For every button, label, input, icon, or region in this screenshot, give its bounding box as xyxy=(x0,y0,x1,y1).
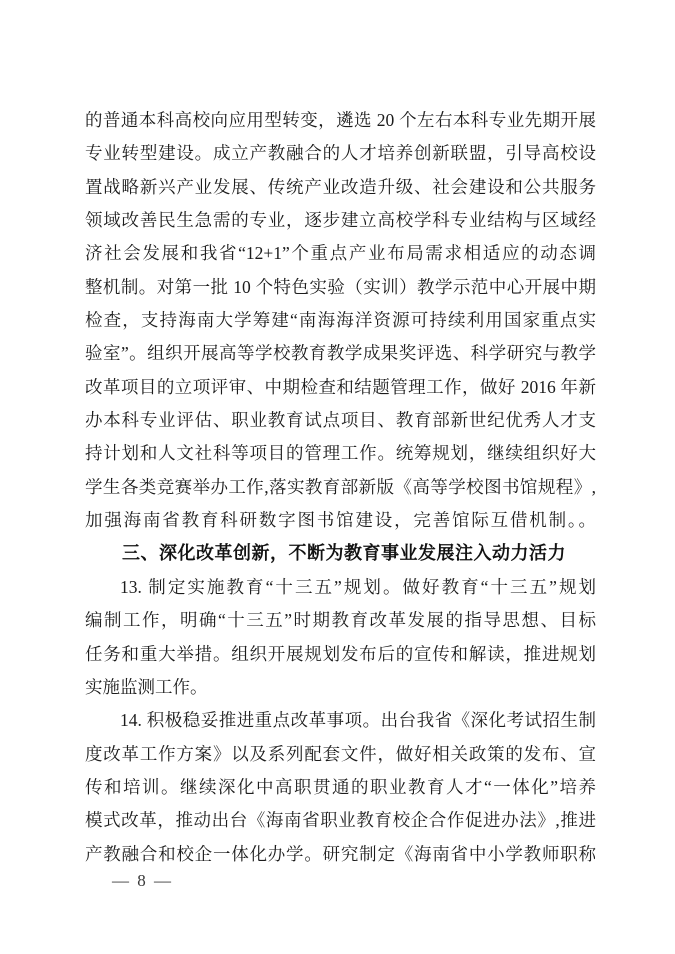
body-text-line: 度改革工作方案》以及系列配套文件，做好相关政策的发布、宣 xyxy=(85,738,596,771)
body-text-line: 置战略新兴产业发展、传统产业改造升级、社会建设和公共服务 xyxy=(85,171,596,204)
body-text-line: 编制工作，明确“十三五”时期教育改革发展的指导思想、目标 xyxy=(85,604,596,637)
body-text-line: 专业转型建设。成立产教融合的人才培养创新联盟，引导高校设 xyxy=(85,137,596,170)
body-text-line: 检查，支持海南大学筹建“南海海洋资源可持续利用国家重点实 xyxy=(85,304,596,337)
body-text-line: 学生各类竞赛举办工作,落实教育部新版《高等学校图书馆规程》, xyxy=(85,471,596,504)
page-number: — 8 — xyxy=(112,870,173,892)
body-text-line: 14. 积极稳妥推进重点改革事项。出台我省《深化考试招生制 xyxy=(85,704,596,737)
body-text-line: 办本科专业评估、职业教育试点项目、教育部新世纪优秀人才支 xyxy=(85,404,596,437)
body-text-line: 加强海南省教育科研数字图书馆建设，完善馆际互借机制。。 xyxy=(85,504,596,537)
body-text-line: 持计划和人文社科等项目的管理工作。统筹规划，继续组织好大 xyxy=(85,437,596,470)
body-text-line: 任务和重大举措。组织开展规划发布后的宣传和解读，推进规划 xyxy=(85,638,596,671)
body-text-line: 整机制。对第一批 10 个特色实验（实训）教学示范中心开展中期 xyxy=(85,271,596,304)
body-text-line: 验室”。组织开展高等学校教育教学成果奖评选、科学研究与教学 xyxy=(85,337,596,370)
body-text-line: 实施监测工作。 xyxy=(85,671,596,704)
body-text-line: 济社会发展和我省“12+1”个重点产业布局需求相适应的动态调 xyxy=(85,237,596,270)
body-text-line: 领域改善民生急需的专业，逐步建立高校学科专业结构与区域经 xyxy=(85,204,596,237)
body-text-line: 模式改革，推动出台《海南省职业教育校企合作促进办法》,推进 xyxy=(85,804,596,837)
document-body: 的普通本科高校向应用型转变，遴选 20 个左右本科专业先期开展 专业转型建设。成… xyxy=(85,104,596,871)
body-text-line: 改革项目的立项评审、中期检查和结题管理工作，做好 2016 年新 xyxy=(85,371,596,404)
body-text-line: 13. 制定实施教育“十三五”规划。做好教育“十三五”规划 xyxy=(85,571,596,604)
body-text-line: 传和培训。继续深化中高职贯通的职业教育人才“一体化”培养 xyxy=(85,771,596,804)
body-text-line: 产教融合和校企一体化办学。研究制定《海南省中小学教师职称 xyxy=(85,838,596,871)
body-text-line: 的普通本科高校向应用型转变，遴选 20 个左右本科专业先期开展 xyxy=(85,104,596,137)
section-heading: 三、深化改革创新，不断为教育事业发展注入动力活力 xyxy=(85,537,596,570)
document-page: 的普通本科高校向应用型转变，遴选 20 个左右本科专业先期开展 专业转型建设。成… xyxy=(0,0,675,954)
